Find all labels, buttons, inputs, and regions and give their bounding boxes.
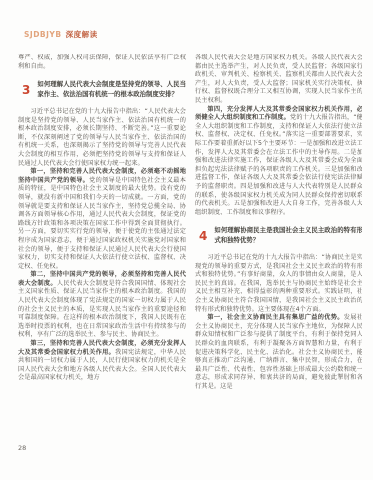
paragraph: 第二，坚持中国共产党的领导，必须坚持和完善人民代表大会制度。人民代表大会制度是符…: [18, 271, 186, 340]
paragraph-body: 人民代表大会制度是符合我国国情、体现社会主义国家性质、保证人民当家作主的根本政治…: [18, 280, 186, 339]
paragraph-body: 党的领导是中国特色社会主义最本质的特征，是中国特色社会主义制度的最大优势。没有党…: [18, 177, 186, 270]
document-page: SJDBJYB深度解读 尊严、权威，加强人权司法保障，保证人民依法享有广泛权利和…: [0, 0, 373, 480]
paragraph: 习近平总书记在党的十九大报告中指出：“协商民主是实现党的领导的重要方式，是我国社…: [195, 254, 362, 314]
paragraph: 第一，社会主义协商民主具有集思广益的优势。发展社会主义协商民主，充分体现人民当家…: [195, 314, 362, 391]
question-4-text: 如何理解协商民主是我国社会主义民主政治的特有形式和独特优势？: [214, 226, 362, 245]
masthead: SJDBJYB深度解读: [24, 29, 98, 40]
question-3-block: 3 如何理解人民代表大会制度是坚持党的领导、人民当家作主、依法治国有机统一的根本…: [18, 80, 186, 99]
paragraph: 第一，坚持和完善人民代表大会制度，必须毫不动摇地坚持中国共产党的领导。党的领导是…: [18, 168, 186, 271]
paragraph: 习近平总书记在党的十九大报告中指出：“人民代表大会制度是坚持党的领导、人民当家作…: [18, 108, 186, 168]
right-column: 各级人民代表大会是地方国家权力机关。各级人民代表大会都由民主选举产生，对人民负责…: [195, 54, 362, 444]
page-number: 28: [18, 444, 26, 452]
paragraph-lead: 第一，社会主义协商民主具有集思广益的优势。: [207, 314, 343, 321]
paragraph-continuation: 尊严、权威，加强人权司法保障，保证人民依法享有广泛权利和自由。: [18, 54, 186, 71]
paragraph: 第三，坚持和完善人民代表大会制度，必须充分发挥人大及其常委会国家权力机关作用。我…: [18, 340, 186, 383]
paragraph-body: 党的十九大报告指出，“健全人大组织制度和工作制度，支持和保证人大依法行使立法权、…: [195, 114, 362, 216]
question-3-text: 如何理解人民代表大会制度是坚持党的领导、人民当家作主、依法治国有机统一的根本政治…: [37, 80, 186, 99]
left-column: 尊严、权威，加强人权司法保障，保证人民依法享有广泛权利和自由。 3 如何理解人民…: [18, 54, 186, 444]
paragraph-continuation: 各级人民代表大会是地方国家权力机关。各级人民代表大会都由民主选举产生，对人民负责…: [195, 54, 362, 106]
two-column-layout: 尊严、权威，加强人权司法保障，保证人民依法享有广泛权利和自由。 3 如何理解人民…: [18, 54, 362, 444]
question-3-number: 3: [22, 83, 30, 97]
masthead-code: SJDBJYB: [24, 30, 62, 39]
paragraph-body: 发展社会主义协商民主，充分体现人民当家作主地位，为保障人民群众知情权和广泛参与提…: [195, 314, 362, 390]
paragraph: 第四，充分发挥人大及其常委会国家权力机关作用，必须健全人大组织制度和工作制度。党…: [195, 106, 362, 218]
question-4-block: 4 如何理解协商民主是我国社会主义民主政治的特有形式和独特优势？: [195, 226, 362, 245]
question-4-number: 4: [199, 229, 207, 243]
masthead-title: 深度解读: [66, 30, 98, 39]
